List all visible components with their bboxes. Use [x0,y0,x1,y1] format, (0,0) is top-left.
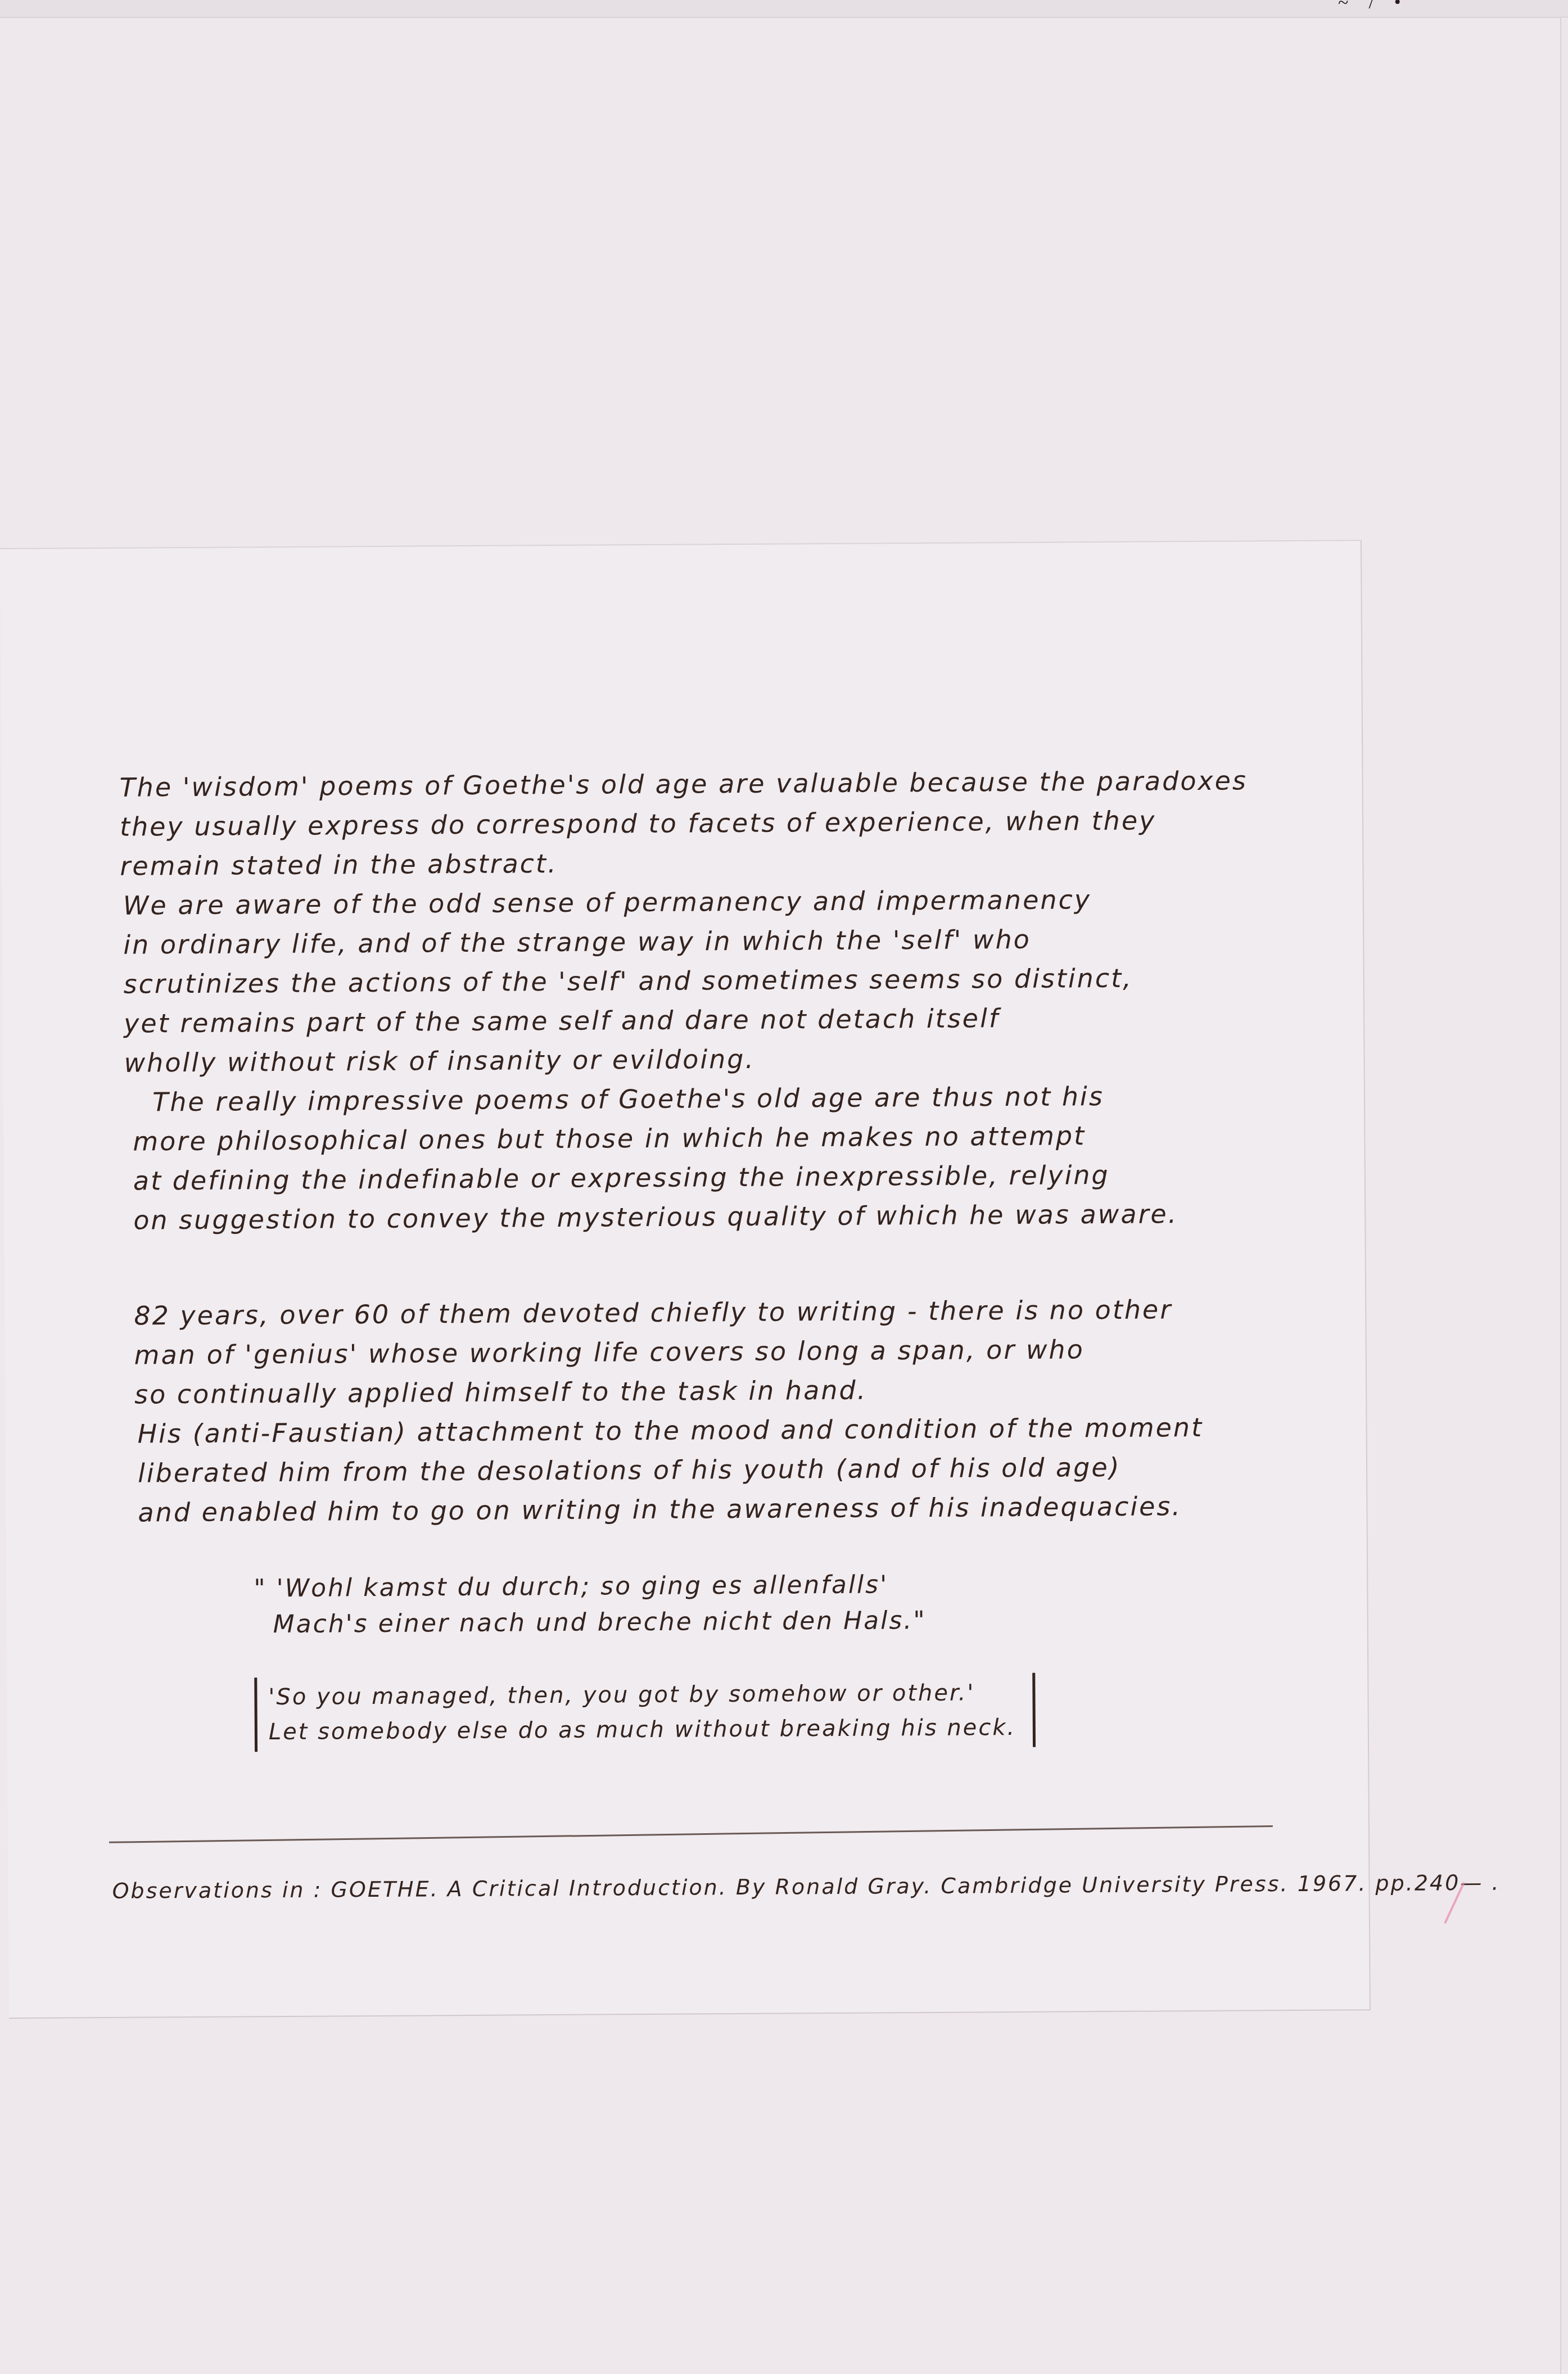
text-line: in ordinary life, and of the strange way… [123,919,1132,965]
ink-fragment: ~ [1338,0,1348,6]
paragraph-impressive-poems: The really impressive poems of Goethe's … [133,1076,1178,1240]
text-line: they usually express do correspond to fa… [120,800,1248,846]
quote-line: Mach's einer nach und breche nicht den H… [254,1603,927,1643]
text-line: The 'wisdom' poems of Goethe's old age a… [119,761,1248,807]
paragraph-permanency: We are aware of the odd sense of permane… [123,880,1133,1083]
english-translation-bracketed: 'So you managed, then, you got by someho… [254,1673,1036,1752]
text-line: We are aware of the odd sense of permane… [123,880,1132,925]
text-line: The really impressive poems of Goethe's … [133,1076,1178,1122]
text-line: yet remains part of the same self and da… [124,998,1133,1043]
source-citation: Observations in : GOETHE. A Critical Int… [112,1867,1500,1907]
german-quotation: " 'Wohl kamst du durch; so ging es allen… [254,1567,927,1643]
text-line: wholly without risk of insanity or evild… [124,1037,1133,1083]
text-line: His (anti-Faustian) attachment to the mo… [137,1408,1203,1454]
text-line: more philosophical ones but those in whi… [133,1115,1178,1161]
manuscript-sheet: The 'wisdom' poems of Goethe's old age a… [0,540,1371,2019]
ink-fragment: • [1394,0,1401,6]
quote-line: " 'Wohl kamst du durch; so ging es allen… [254,1567,926,1607]
paragraph-anti-faustian: His (anti-Faustian) attachment to the mo… [137,1408,1204,1532]
paragraph-82-years: 82 years, over 60 of them devoted chiefl… [134,1290,1173,1414]
quote-line: 'So you managed, then, you got by someho… [268,1675,1016,1715]
text-line: liberated him from the desolations of hi… [138,1447,1204,1493]
quote-line: Let somebody else do as much without bre… [269,1710,1016,1749]
text-line: and enabled him to go on writing in the … [138,1486,1204,1532]
paragraph-wisdom-poems: The 'wisdom' poems of Goethe's old age a… [119,761,1248,885]
text-line: on suggestion to convey the mysterious q… [133,1194,1178,1240]
text-line: remain stated in the abstract. [120,839,1248,885]
text-line: 82 years, over 60 of them devoted chiefl… [134,1290,1172,1335]
text-line: so continually applied himself to the ta… [134,1368,1173,1414]
text-line: scrutinizes the actions of the 'self' an… [124,958,1133,1004]
text-line: at defining the indefinable or expressin… [133,1155,1178,1200]
text-line: man of 'genius' whose working life cover… [134,1329,1173,1374]
top-edge-strip: ~ / • [0,0,1568,17]
top-edge-ink-fragments: ~ / • [1338,0,1401,6]
horizontal-rule [109,1825,1273,1843]
ink-fragment: / [1368,0,1373,6]
